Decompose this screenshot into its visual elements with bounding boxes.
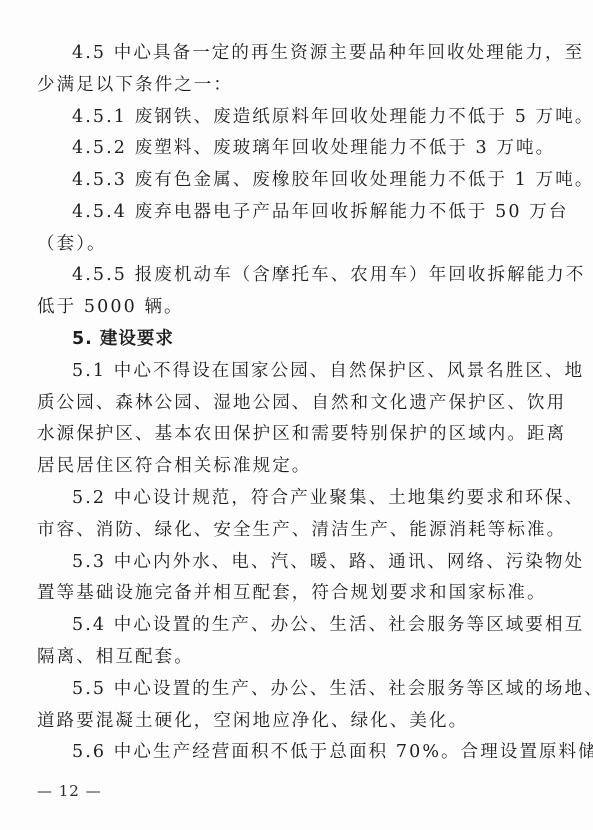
item-5-5-line-2: 道路要混凝土硬化，空闲地应净化、绿化、美化。	[37, 705, 537, 737]
section-heading-5: 5. 建设要求	[72, 323, 537, 355]
paragraph-4-5-line-1: 4.5 中心具备一定的再生资源主要品种年回收处理能力，至	[72, 37, 537, 69]
item-5-4-line-2: 隔离、相互配套。	[37, 641, 537, 673]
item-4-5-1: 4.5.1 废钢铁、废造纸原料年回收处理能力不低于 5 万吨。	[72, 101, 537, 133]
item-5-1-line-2: 质公园、森林公园、湿地公园、自然和文化遗产保护区、饮用	[37, 387, 537, 419]
item-4-5-3: 4.5.3 废有色金属、废橡胶年回收处理能力不低于 1 万吨。	[72, 164, 537, 196]
item-5-6-line-1: 5.6 中心生产经营面积不低于总面积 70%。合理设置原料储	[72, 736, 537, 768]
document-page: 4.5 中心具备一定的再生资源主要品种年回收处理能力，至 少满足以下条件之一： …	[0, 0, 593, 830]
item-5-2-line-2: 市容、消防、绿化、安全生产、清洁生产、能源消耗等标准。	[37, 514, 537, 546]
item-4-5-2: 4.5.2 废塑料、废玻璃年回收处理能力不低于 3 万吨。	[72, 132, 537, 164]
item-4-5-4-line-1: 4.5.4 废弃电器电子产品年回收拆解能力不低于 50 万台	[72, 196, 537, 228]
item-5-4-line-1: 5.4 中心设置的生产、办公、生活、社会服务等区域要相互	[72, 609, 537, 641]
item-5-5-line-1: 5.5 中心设置的生产、办公、生活、社会服务等区域的场地、	[72, 673, 537, 705]
item-4-5-5-line-1: 4.5.5 报废机动车（含摩托车、农用车）年回收拆解能力不	[72, 259, 537, 291]
item-4-5-4-line-2: （套）。	[37, 228, 537, 260]
item-5-3-line-2: 置等基础设施完备并相互配套，符合规划要求和国家标准。	[37, 577, 537, 609]
paragraph-4-5-line-2: 少满足以下条件之一：	[37, 69, 537, 101]
item-5-1-line-3: 水源保护区、基本农田保护区和需要特别保护的区域内。距离	[37, 418, 537, 450]
item-5-2-line-1: 5.2 中心设计规范，符合产业聚集、土地集约要求和环保、	[72, 482, 537, 514]
page-number: — 12 —	[37, 779, 102, 803]
item-5-1-line-1: 5.1 中心不得设在国家公园、自然保护区、风景名胜区、地	[72, 355, 537, 387]
item-5-3-line-1: 5.3 中心内外水、电、汽、暖、路、通讯、网络、污染物处	[72, 546, 537, 578]
item-4-5-5-line-2: 低于 5000 辆。	[37, 291, 537, 323]
item-5-1-line-4: 居民居住区符合相关标准规定。	[37, 450, 537, 482]
